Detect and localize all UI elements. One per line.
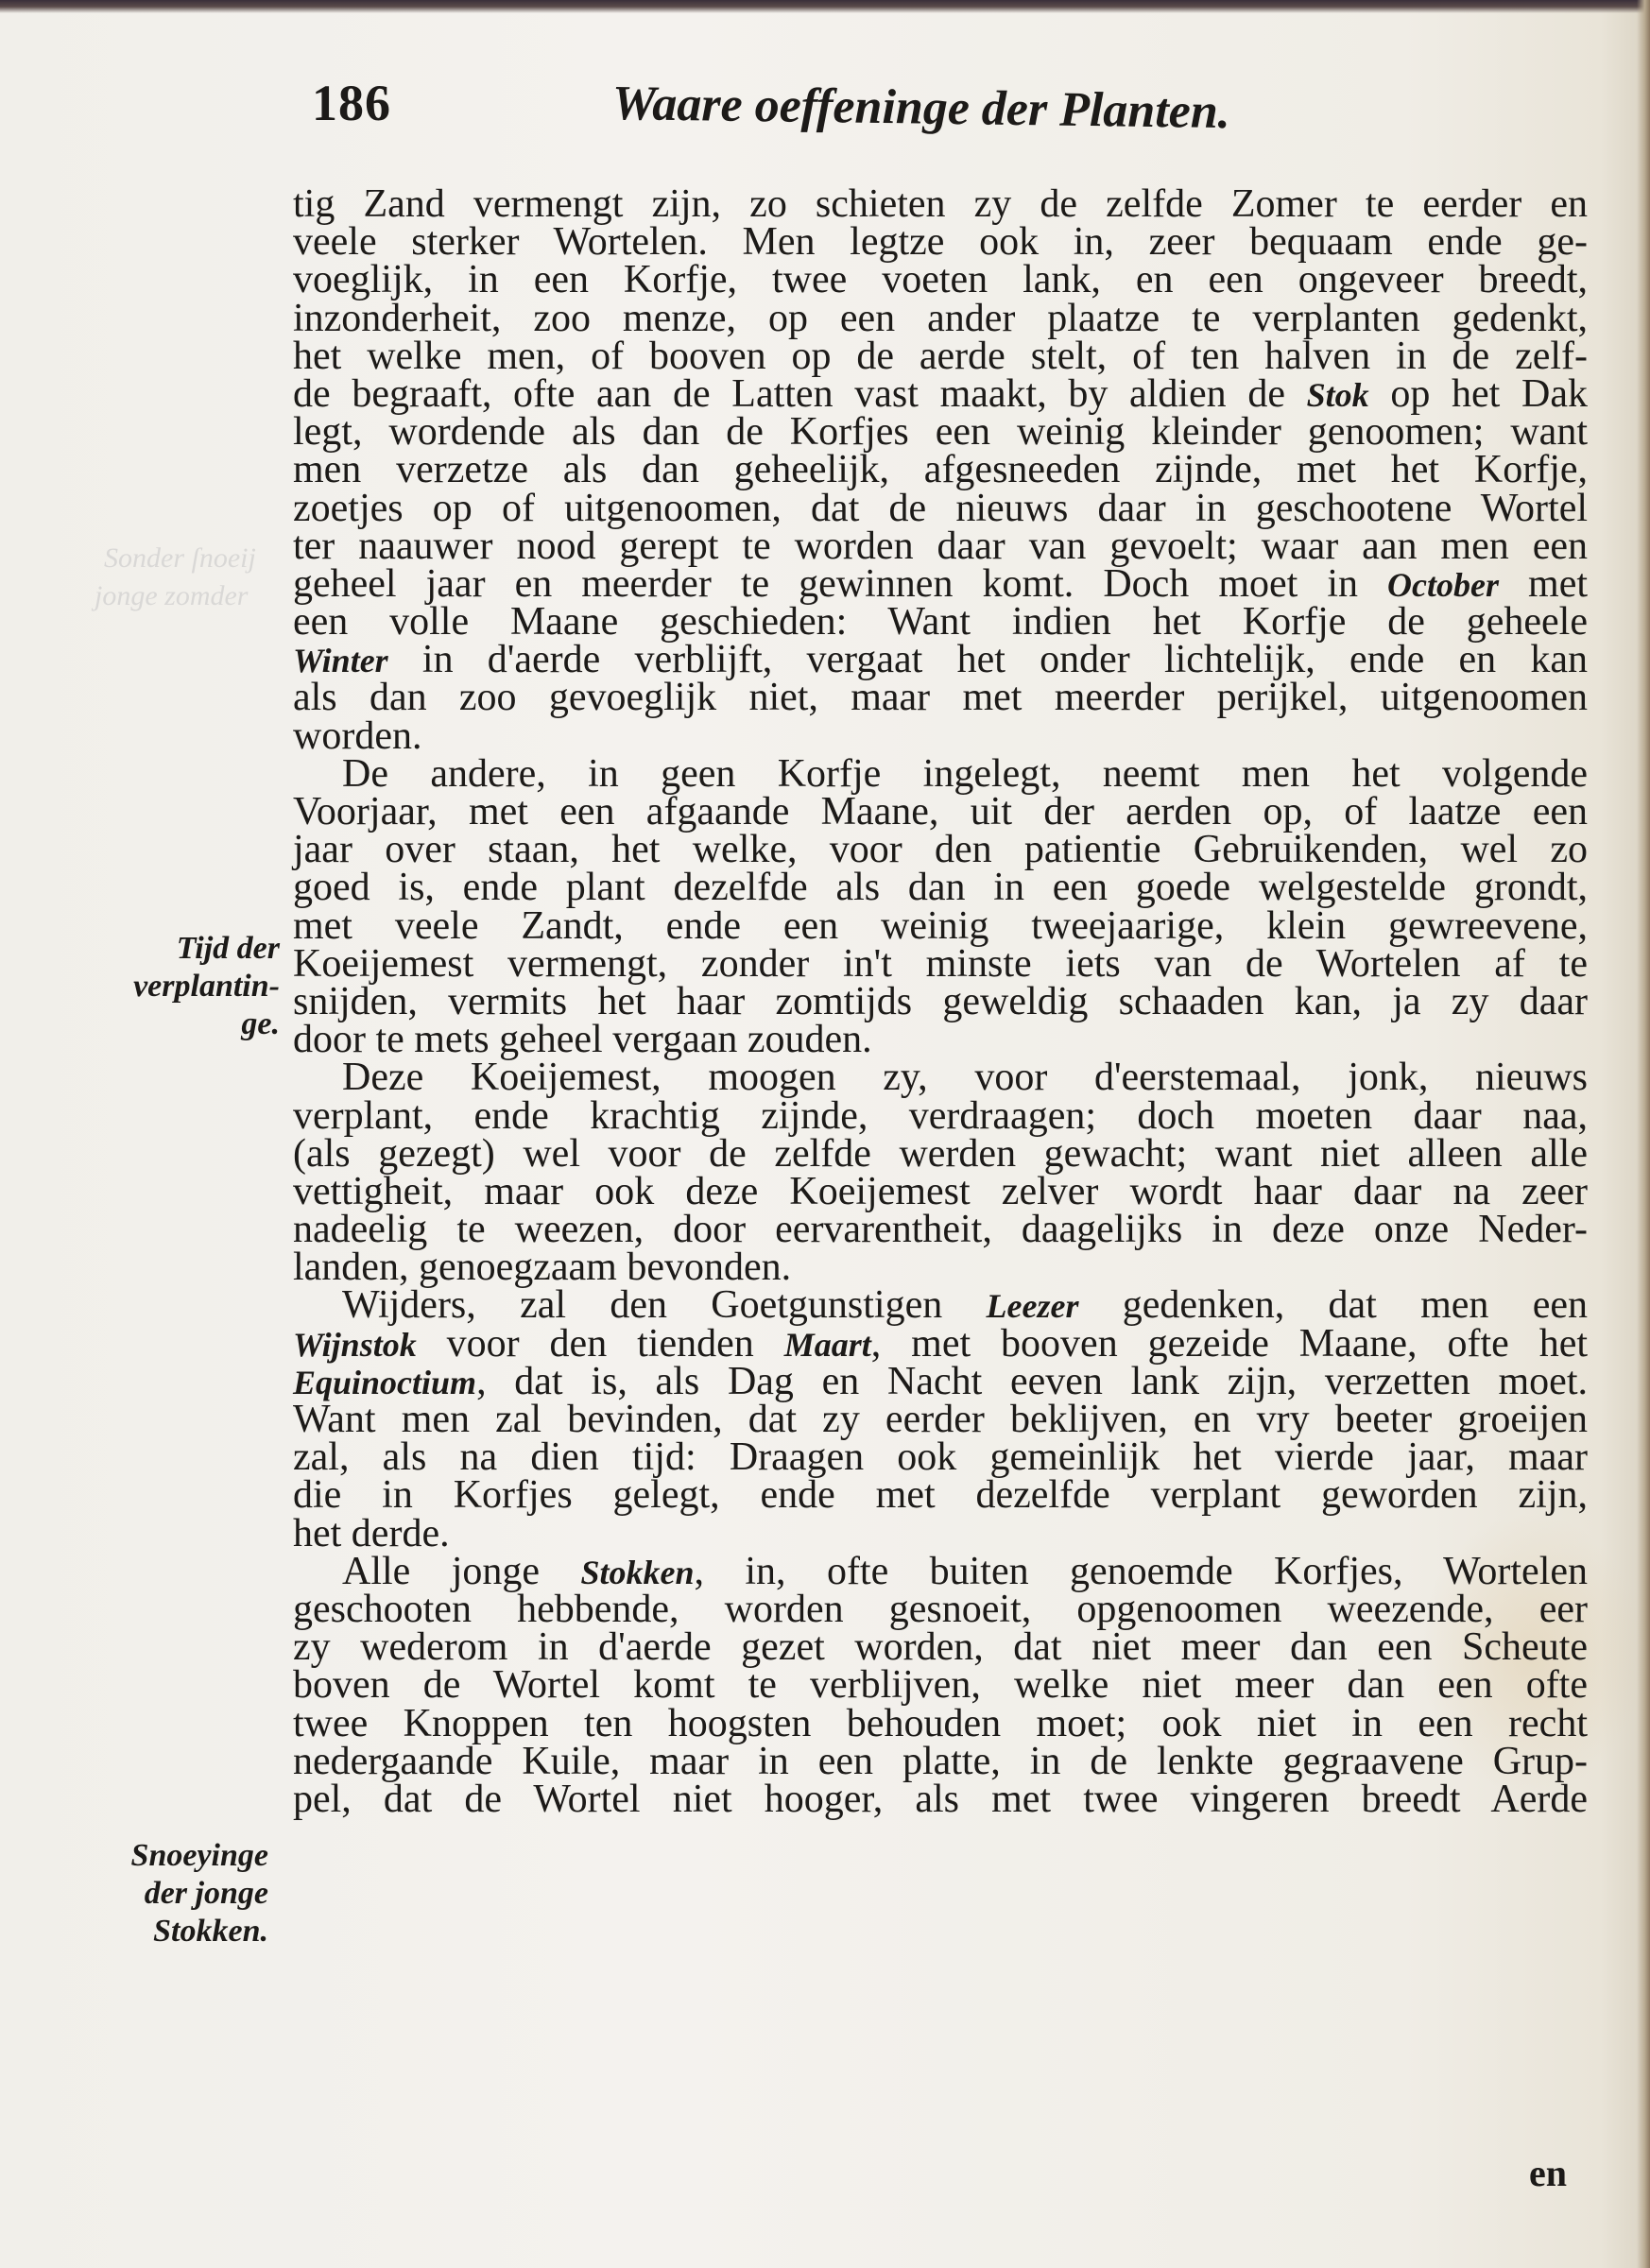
text-line: verplant, ende krachtig zijnde, verdraag… — [293, 1097, 1588, 1135]
italic-term: Stok — [1307, 376, 1369, 414]
text-line: twee Knoppen ten hoogsten behouden moet;… — [293, 1705, 1588, 1743]
italic-term: Maart — [784, 1326, 871, 1364]
text-line: landen, genoegzaam bevonden. — [293, 1248, 1588, 1286]
italic-term: October — [1387, 566, 1499, 604]
margin-note-snoeyinge-der-jonge-stokken: Snoeyingeder jongeStokken. — [79, 1837, 268, 1950]
text-line: snijden, vermits het haar zomtijds gewel… — [293, 983, 1588, 1021]
italic-term: Winter — [293, 642, 388, 679]
text-line: jaar over staan, het welke, voor den pat… — [293, 831, 1588, 868]
text-line: nadeelig te weezen, door eervarentheit, … — [293, 1211, 1588, 1248]
text-line: als dan zoo gevoeglijk niet, maar met me… — [293, 679, 1588, 716]
text-line: men verzetze als dan geheelijk, afgesnee… — [293, 451, 1588, 489]
text-line: Voorjaar, met een afgaande Maane, uit de… — [293, 793, 1588, 831]
text-line: nedergaande Kuile, maar in een platte, i… — [293, 1743, 1588, 1780]
italic-term: Equinoctium — [293, 1364, 476, 1401]
text-line: het derde. — [293, 1515, 1588, 1553]
text-line: geheel jaar en meerder te gewinnen komt.… — [293, 565, 1588, 603]
margin-note-line: Snoeyinge — [79, 1837, 268, 1875]
text-line: Wijders, zal den Goetgunstigen Leezer ge… — [293, 1286, 1588, 1324]
page-right-edge — [1637, 0, 1650, 2268]
text-line: Wijnstok voor den tienden Maart, met boo… — [293, 1325, 1588, 1363]
italic-term: Wijnstok — [293, 1326, 417, 1364]
catchword: en — [1529, 2151, 1567, 2195]
text-line: voeglijk, in een Korfje, twee voeten lan… — [293, 261, 1588, 299]
book-page: Sonder ſnoeij jonge zomder 186 Waare oef… — [0, 0, 1650, 2268]
text-line: die in Korfjes gelegt, ende met dezelfde… — [293, 1476, 1588, 1514]
page-number: 186 — [312, 74, 391, 132]
text-line: vettigheit, maar ook deze Koeijemest zel… — [293, 1173, 1588, 1211]
margin-note-line: Stokken. — [79, 1913, 268, 1950]
text-line: Winter in d'aerde verblijft, vergaat het… — [293, 641, 1588, 679]
text-line: Deze Koeijemest, moogen zy, voor d'eerst… — [293, 1058, 1588, 1096]
text-line: zy wederom in d'aerde gezet worden, dat … — [293, 1628, 1588, 1666]
text-line: boven de Wortel komt te verblijven, welk… — [293, 1666, 1588, 1704]
margin-note-line: Tijd der — [91, 930, 280, 968]
text-line: een volle Maane geschieden: Want indien … — [293, 603, 1588, 641]
text-line: door te mets geheel vergaan zouden. — [293, 1021, 1588, 1058]
text-line: veele sterker Wortelen. Men legtze ook i… — [293, 223, 1588, 261]
margin-note-tijd-der-verplantinge: Tijd derverplantin-ge. — [91, 930, 280, 1043]
text-line: pel, dat de Wortel niet hooger, als met … — [293, 1780, 1588, 1818]
text-line: met veele Zandt, ende een weinig tweejaa… — [293, 907, 1588, 945]
text-line: het welke men, of booven op de aerde ste… — [293, 337, 1588, 375]
text-line: (als gezegt) wel voor de zelfde werden g… — [293, 1135, 1588, 1173]
italic-term: Stokken — [580, 1554, 694, 1591]
page-top-edge — [0, 0, 1650, 13]
text-line: ter naauwer nood gerept te worden daar v… — [293, 527, 1588, 565]
text-line: goed is, ende plant dezelfde als dan in … — [293, 868, 1588, 906]
text-line: worden. — [293, 717, 1588, 755]
text-line: Want men zal bevinden, dat zy eerder bek… — [293, 1400, 1588, 1438]
text-line: de begraaft, ofte aan de Latten vast maa… — [293, 375, 1588, 413]
margin-note-line: verplantin- — [91, 968, 280, 1005]
show-through-text: jonge zomder — [95, 578, 248, 614]
running-title: Waare oeffeninge der Planten. — [612, 76, 1231, 140]
text-line: Alle jonge Stokken, in, ofte buiten geno… — [293, 1553, 1588, 1590]
running-head: 186 Waare oeffeninge der Planten. — [312, 74, 1607, 149]
show-through-text: Sonder ſnoeij — [104, 541, 256, 576]
text-line: tig Zand vermengt zijn, zo schieten zy d… — [293, 185, 1588, 223]
italic-term: Leezer — [987, 1287, 1079, 1325]
text-line: zoetjes op of uitgenoomen, dat de nieuws… — [293, 490, 1588, 527]
body-text: tig Zand vermengt zijn, zo schieten zy d… — [293, 185, 1588, 1818]
text-line: legt, wordende als dan de Korfjes een we… — [293, 413, 1588, 451]
text-line: Equinoctium, dat is, als Dag en Nacht ee… — [293, 1363, 1588, 1400]
margin-note-line: ge. — [91, 1005, 280, 1043]
text-line: Koeijemest vermengt, zonder in't minste … — [293, 945, 1588, 983]
text-line: geschooten hebbende, worden gesnoeit, op… — [293, 1590, 1588, 1628]
margin-note-line: der jonge — [79, 1875, 268, 1913]
text-line: inzonderheit, zoo menze, op een ander pl… — [293, 300, 1588, 337]
text-line: zal, als na dien tijd: Draagen ook gemei… — [293, 1438, 1588, 1476]
text-line: De andere, in geen Korfje ingelegt, neem… — [293, 755, 1588, 793]
